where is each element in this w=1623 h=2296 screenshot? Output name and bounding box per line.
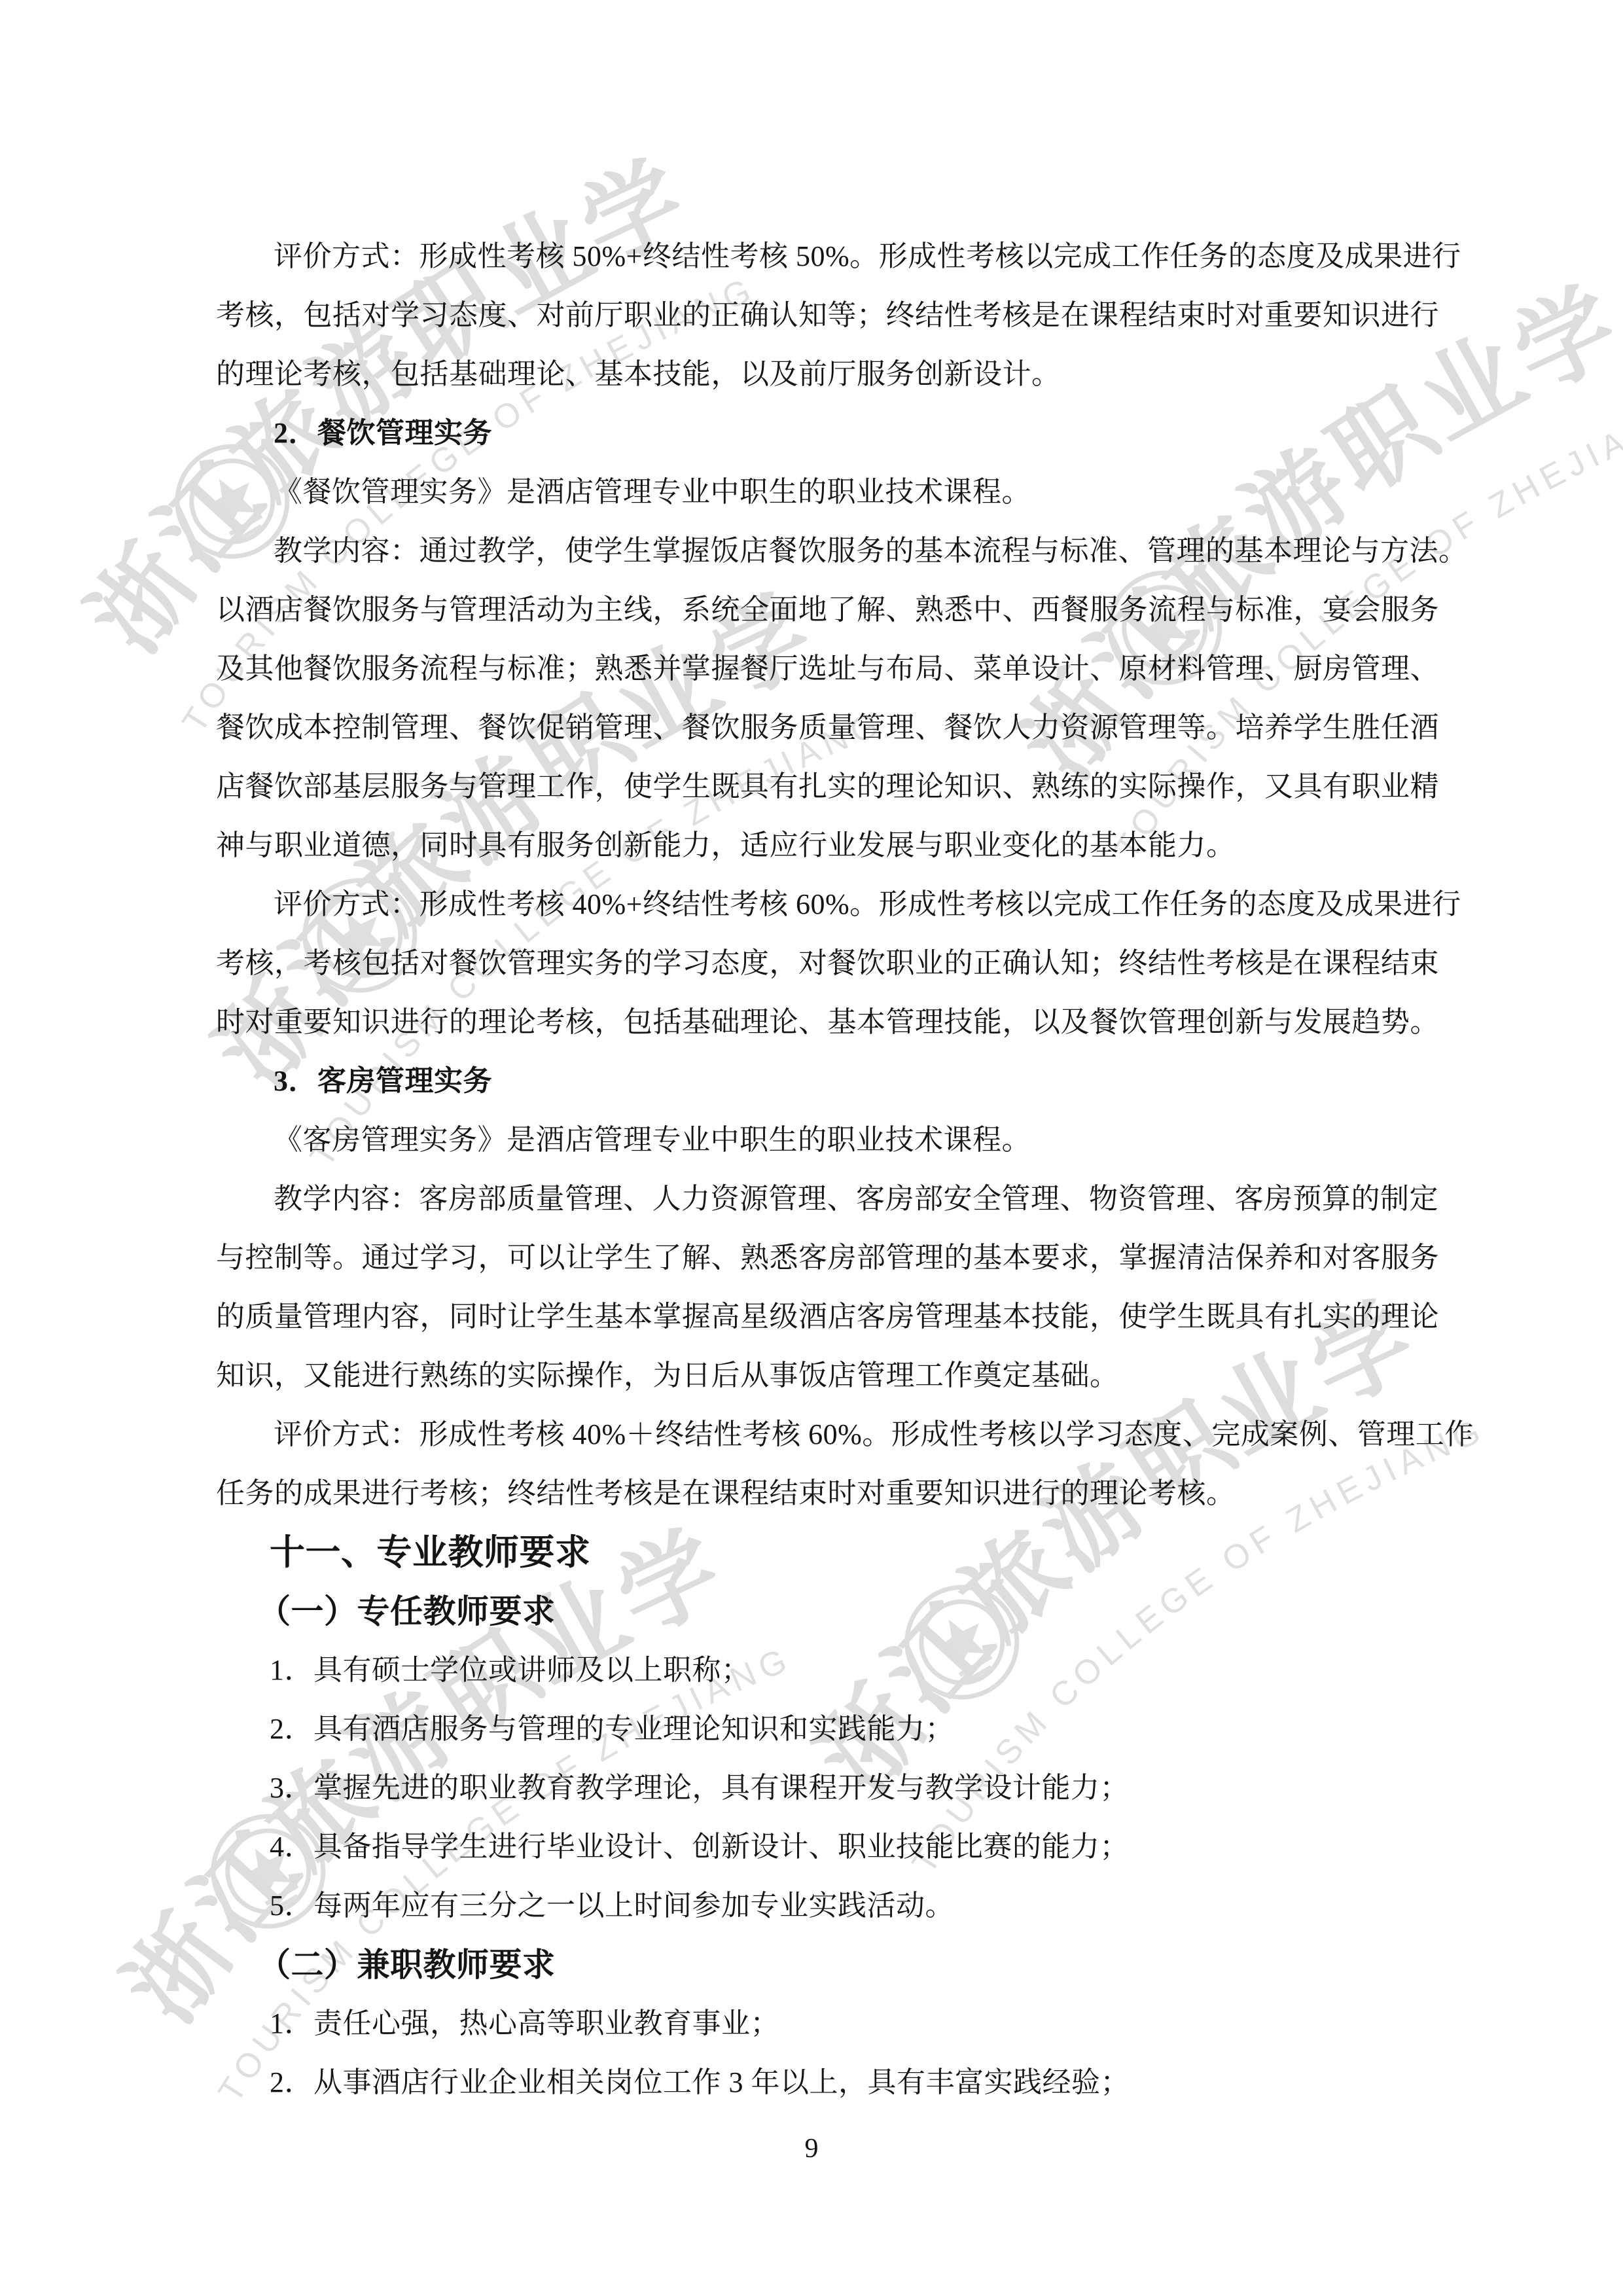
page-number: 9 bbox=[0, 2133, 1623, 2164]
paragraph-line: 评价方式：形成性考核 50%+终结性考核 50%。形成性考核以完成工作任务的态度… bbox=[216, 227, 1407, 286]
paragraph-line: 《客房管理实务》是酒店管理专业中职生的职业技术课程。 bbox=[216, 1111, 1407, 1170]
list-item: 4．具备指导学生进行毕业设计、创新设计、职业技能比赛的能力； bbox=[216, 1818, 1407, 1876]
paragraph-line: 以酒店餐饮服务与管理活动为主线，系统全面地了解、熟悉中、西餐服务流程与标准，宴会… bbox=[216, 581, 1407, 639]
section-heading: 十一、专业教师要求 bbox=[216, 1523, 1407, 1582]
paragraph-line: 的质量管理内容，同时让学生基本掌握高星级酒店客房管理基本技能，使学生既具有扎实的… bbox=[216, 1287, 1407, 1346]
list-item: 5．每两年应有三分之一以上时间参加专业实践活动。 bbox=[216, 1876, 1407, 1935]
paragraph-line: 评价方式：形成性考核 40%+终结性考核 60%。形成性考核以完成工作任务的态度… bbox=[216, 875, 1407, 934]
paragraph-line: 餐饮成本控制管理、餐饮促销管理、餐饮服务质量管理、餐饮人力资源管理等。培养学生胜… bbox=[216, 698, 1407, 757]
document-page: 浙江旅游职业学院 TOURISM COLLEGE OF ZHEJIANG 评价方… bbox=[0, 0, 1623, 2296]
paragraph-line: 的理论考核，包括基础理论、基本技能，以及前厅服务创新设计。 bbox=[216, 345, 1407, 404]
list-item: 2．从事酒店行业企业相关岗位工作 3 年以上，具有丰富实践经验； bbox=[216, 2053, 1407, 2112]
paragraph-line: 评价方式：形成性考核 40%＋终结性考核 60%。形成性考核以学习态度、完成案例… bbox=[216, 1405, 1407, 1464]
list-item: 2．具有酒店服务与管理的专业理论知识和实践能力； bbox=[216, 1700, 1407, 1759]
list-item: 1．具有硕士学位或讲师及以上职称； bbox=[216, 1641, 1407, 1700]
paragraph-line: 《餐饮管理实务》是酒店管理专业中职生的职业技术课程。 bbox=[216, 463, 1407, 522]
paragraph-line: 知识，又能进行熟练的实际操作，为日后从事饭店管理工作奠定基础。 bbox=[216, 1346, 1407, 1405]
sub-heading: （二）兼职教师要求 bbox=[216, 1935, 1407, 1994]
paragraph-line: 与控制等。通过学习，可以让学生了解、熟悉客房部管理的基本要求，掌握清洁保养和对客… bbox=[216, 1229, 1407, 1287]
paragraph-line: 教学内容：通过教学，使学生掌握饭店餐饮服务的基本流程与标准、管理的基本理论与方法… bbox=[216, 522, 1407, 581]
paragraph-line: 店餐饮部基层服务与管理工作，使学生既具有扎实的理论知识、熟练的实际操作，又具有职… bbox=[216, 757, 1407, 816]
paragraph-line: 考核，考核包括对餐饮管理实务的学习态度，对餐饮职业的正确认知；终结性考核是在课程… bbox=[216, 934, 1407, 993]
list-item: 3．掌握先进的职业教育教学理论，具有课程开发与教学设计能力； bbox=[216, 1759, 1407, 1818]
paragraph-line: 时对重要知识进行的理论考核，包括基础理论、基本管理技能，以及餐饮管理创新与发展趋… bbox=[216, 993, 1407, 1052]
document-body: 评价方式：形成性考核 50%+终结性考核 50%。形成性考核以完成工作任务的态度… bbox=[0, 0, 1623, 2112]
list-item: 1．责任心强，热心高等职业教育事业； bbox=[216, 1994, 1407, 2053]
paragraph-line: 神与职业道德，同时具有服务创新能力，适应行业发展与职业变化的基本能力。 bbox=[216, 816, 1407, 875]
sub-heading: （一）专任教师要求 bbox=[216, 1582, 1407, 1641]
paragraph-line: 任务的成果进行考核；终结性考核是在课程结束时对重要知识进行的理论考核。 bbox=[216, 1464, 1407, 1523]
sub-heading: 2．餐饮管理实务 bbox=[216, 404, 1407, 463]
paragraph-line: 及其他餐饮服务流程与标准；熟悉并掌握餐厅选址与布局、菜单设计、原材料管理、厨房管… bbox=[216, 639, 1407, 698]
paragraph-line: 考核，包括对学习态度、对前厅职业的正确认知等；终结性考核是在课程结束时对重要知识… bbox=[216, 286, 1407, 345]
sub-heading: 3．客房管理实务 bbox=[216, 1052, 1407, 1111]
paragraph-line: 教学内容：客房部质量管理、人力资源管理、客房部安全管理、物资管理、客房预算的制定 bbox=[216, 1170, 1407, 1229]
